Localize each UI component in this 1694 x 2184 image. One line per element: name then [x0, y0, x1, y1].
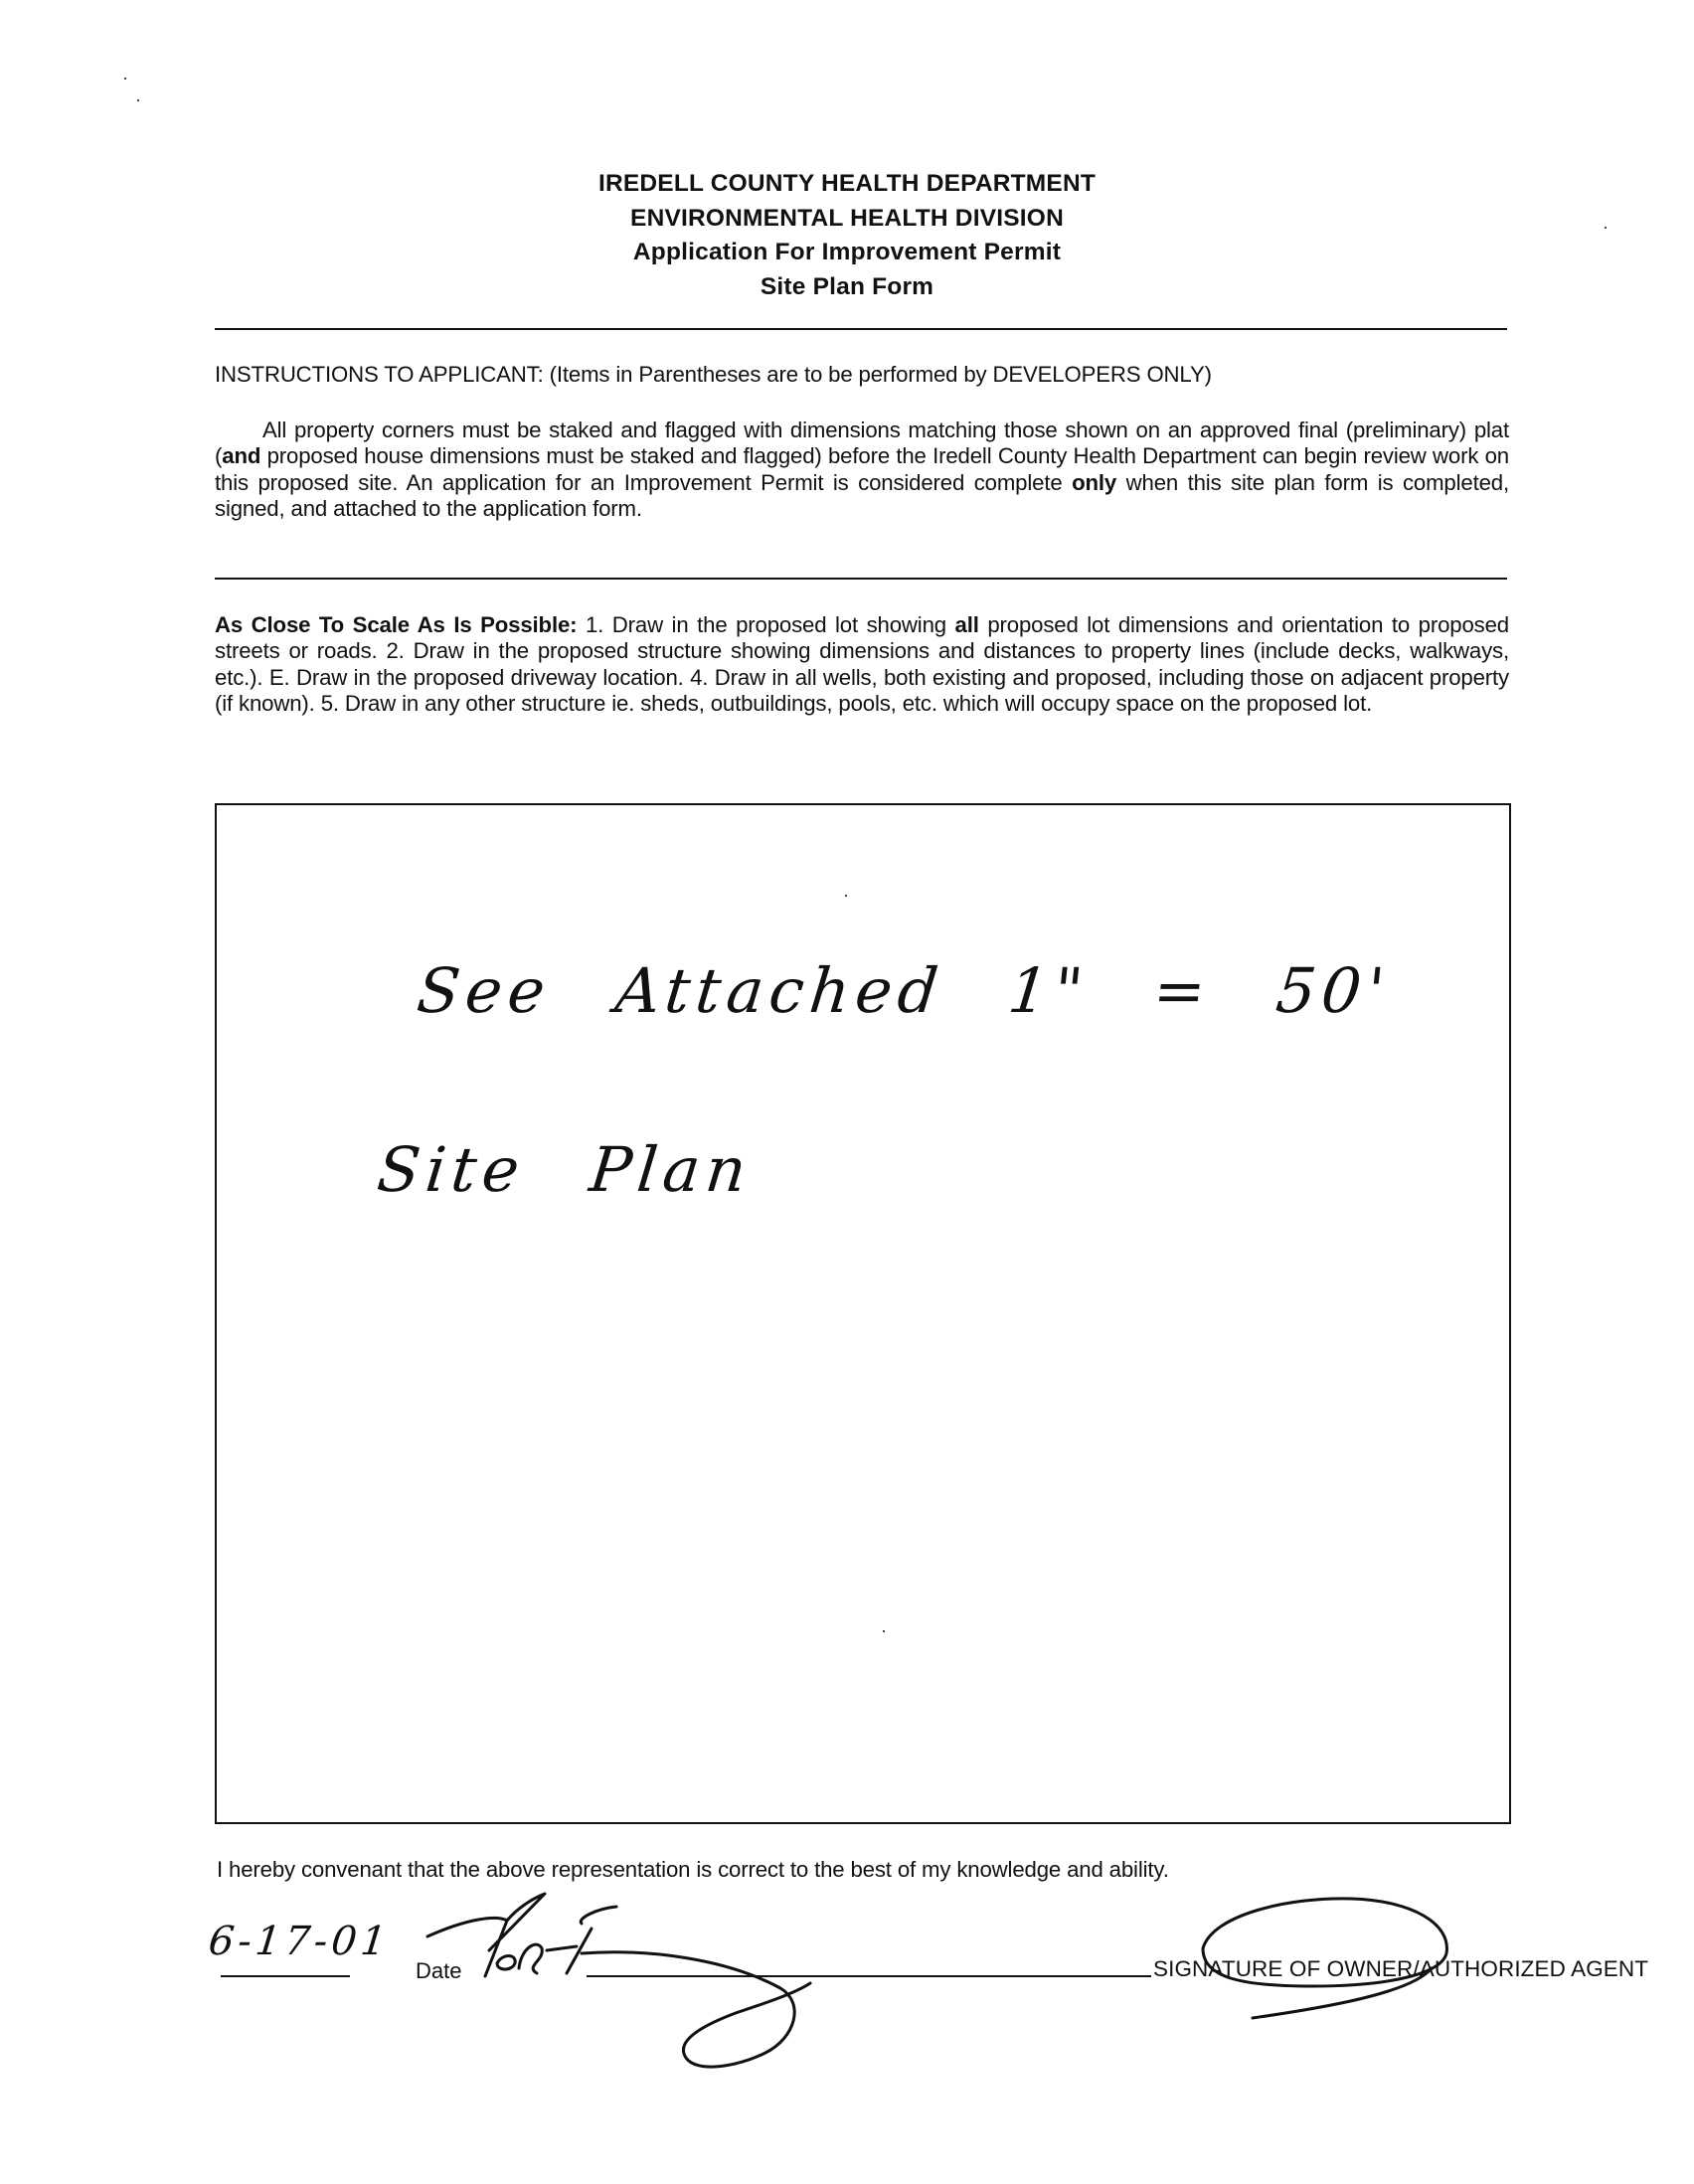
instructions-emphasis: only [1072, 470, 1116, 495]
certification-statement: I hereby convenant that the above repres… [217, 1857, 1519, 1883]
scan-speck [137, 99, 139, 101]
division-title: ENVIRONMENTAL HEALTH DIVISION [0, 202, 1694, 237]
scale-instructions-lead: As Close To Scale As Is Possible: [215, 612, 577, 637]
form-header: IREDELL COUNTY HEALTH DEPARTMENT ENVIRON… [0, 167, 1694, 304]
scan-speck [1605, 227, 1607, 229]
scan-speck [883, 1630, 885, 1632]
instructions-body: All property corners must be staked and … [215, 418, 1509, 522]
scale-instructions: As Close To Scale As Is Possible: 1. Dra… [215, 612, 1509, 717]
scale-instructions-text: 1. Draw in the proposed lot showing [577, 612, 954, 637]
department-title: IREDELL COUNTY HEALTH DEPARTMENT [0, 167, 1694, 202]
divider-top [215, 328, 1507, 330]
date-underline [221, 1975, 350, 1977]
handwritten-note-line2: Site Plan [374, 1133, 756, 1206]
signature-field[interactable] [587, 1975, 1151, 1977]
form-title: Site Plan Form [0, 270, 1694, 305]
handwritten-note-line1: See Attached 1" = 50' [414, 954, 1394, 1027]
scan-speck [124, 78, 126, 80]
date-label: Date [416, 1958, 461, 1984]
scan-speck [845, 895, 847, 897]
date-field-value[interactable]: 6-17-01 [207, 1919, 393, 1964]
instructions-heading: INSTRUCTIONS TO APPLICANT: (Items in Par… [215, 362, 1517, 388]
application-title: Application For Improvement Permit [0, 236, 1694, 270]
instructions-emphasis: and [222, 443, 260, 468]
scale-instructions-emphasis: all [955, 612, 979, 637]
signature-label: SIGNATURE OF OWNER/AUTHORIZED AGENT [1153, 1956, 1648, 1982]
signature-row: 6-17-01 Date SIGNATURE OF OWNER/AUTHORIZ… [199, 1919, 1521, 1998]
divider-middle [215, 578, 1507, 580]
